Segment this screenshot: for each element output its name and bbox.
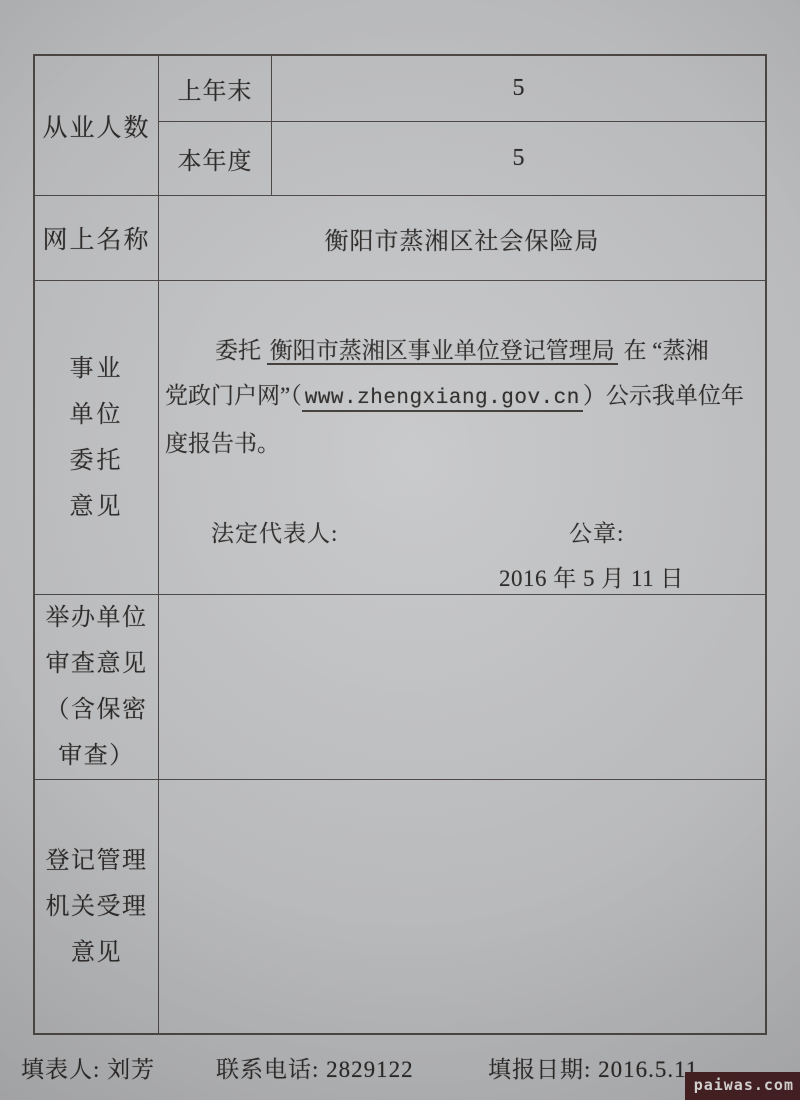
online-name-value-cell: 衡阳市蒸湘区社会保险局 — [159, 196, 765, 281]
online-name-label-cell: 网上名称 — [35, 196, 159, 281]
staff-cur-year-label: 本年度 — [178, 141, 253, 176]
preparer-field: 填表人: 刘芳 — [21, 1051, 155, 1084]
preparer-value: 刘芳 — [107, 1057, 155, 1082]
report-date-label: 填报日期: — [488, 1057, 591, 1082]
registration-opinion-content-cell — [159, 780, 765, 1033]
staff-cur-year-value: 5 — [513, 145, 525, 172]
staff-count-label-cell: 从业人数 — [35, 56, 159, 196]
preparer-label: 填表人: — [21, 1057, 100, 1082]
online-name-label: 网上名称 — [42, 220, 150, 256]
watermark-badge: paiwas.com — [685, 1072, 800, 1100]
document-photo: 从业人数 上年末 5 本年度 5 网上名称 衡阳市蒸湘区社会保险局 事业 单位 — [0, 0, 800, 1100]
entrust-line-3: 度报告书。 — [165, 421, 759, 466]
online-name-value: 衡阳市蒸湘区社会保险局 — [325, 221, 600, 256]
entrust-line-2: 党政门户网”（www.zhengxiang.gov.cn）公示我单位年 — [165, 373, 759, 421]
staff-prev-year-label-cell: 上年末 — [159, 56, 272, 122]
phone-field: 联系电话: 2829122 — [216, 1051, 414, 1084]
registration-opinion-label: 登记管理 机关受理 意见 — [46, 838, 148, 976]
registration-opinion-label-cell: 登记管理 机关受理 意见 — [35, 780, 159, 1033]
staff-cur-year-label-cell: 本年度 — [159, 122, 272, 196]
legal-rep-label: 法定代表人: — [211, 515, 338, 548]
staff-prev-year-value-cell: 5 — [272, 56, 765, 122]
report-date-field: 填报日期: 2016.5.11 — [488, 1051, 698, 1084]
staff-prev-year-label: 上年末 — [178, 71, 253, 106]
entrust-paragraph: 委托 衡阳市蒸湘区事业单位登记管理局 在 “蒸湘 党政门户网”（www.zhen… — [159, 281, 765, 466]
phone-value: 2829122 — [326, 1057, 414, 1082]
entrust-line-1: 委托 衡阳市蒸湘区事业单位登记管理局 在 “蒸湘 — [165, 328, 759, 373]
entrust-opinion-label: 事业 单位 委托 意见 — [70, 346, 124, 530]
sponsor-review-content-cell — [159, 595, 765, 780]
seal-date: 2016 年 5 月 11 日 — [499, 560, 684, 593]
sponsor-review-label: 举办单位 审查意见 （含保密 审查） — [46, 595, 148, 779]
entrust-opinion-label-cell: 事业 单位 委托 意见 — [35, 281, 159, 595]
annual-report-table: 从业人数 上年末 5 本年度 5 网上名称 衡阳市蒸湘区社会保险局 事业 单位 — [33, 54, 767, 1035]
website-url-underline: www.zhengxiang.gov.cn — [302, 387, 583, 412]
form-footer: 填表人: 刘芳 联系电话: 2829122 填报日期: 2016.5.11 — [0, 1051, 800, 1085]
entrust-opinion-content-cell: 委托 衡阳市蒸湘区事业单位登记管理局 在 “蒸湘 党政门户网”（www.zhen… — [159, 281, 765, 595]
sponsor-review-label-cell: 举办单位 审查意见 （含保密 审查） — [35, 595, 159, 780]
staff-prev-year-value: 5 — [513, 75, 525, 102]
staff-count-label: 从业人数 — [42, 108, 150, 144]
seal-label: 公章: — [569, 515, 624, 548]
staff-cur-year-value-cell: 5 — [272, 122, 765, 196]
delegate-name-underline: 衡阳市蒸湘区事业单位登记管理局 — [267, 338, 618, 365]
report-date-value: 2016.5.11 — [598, 1057, 698, 1082]
phone-label: 联系电话: — [216, 1057, 319, 1082]
